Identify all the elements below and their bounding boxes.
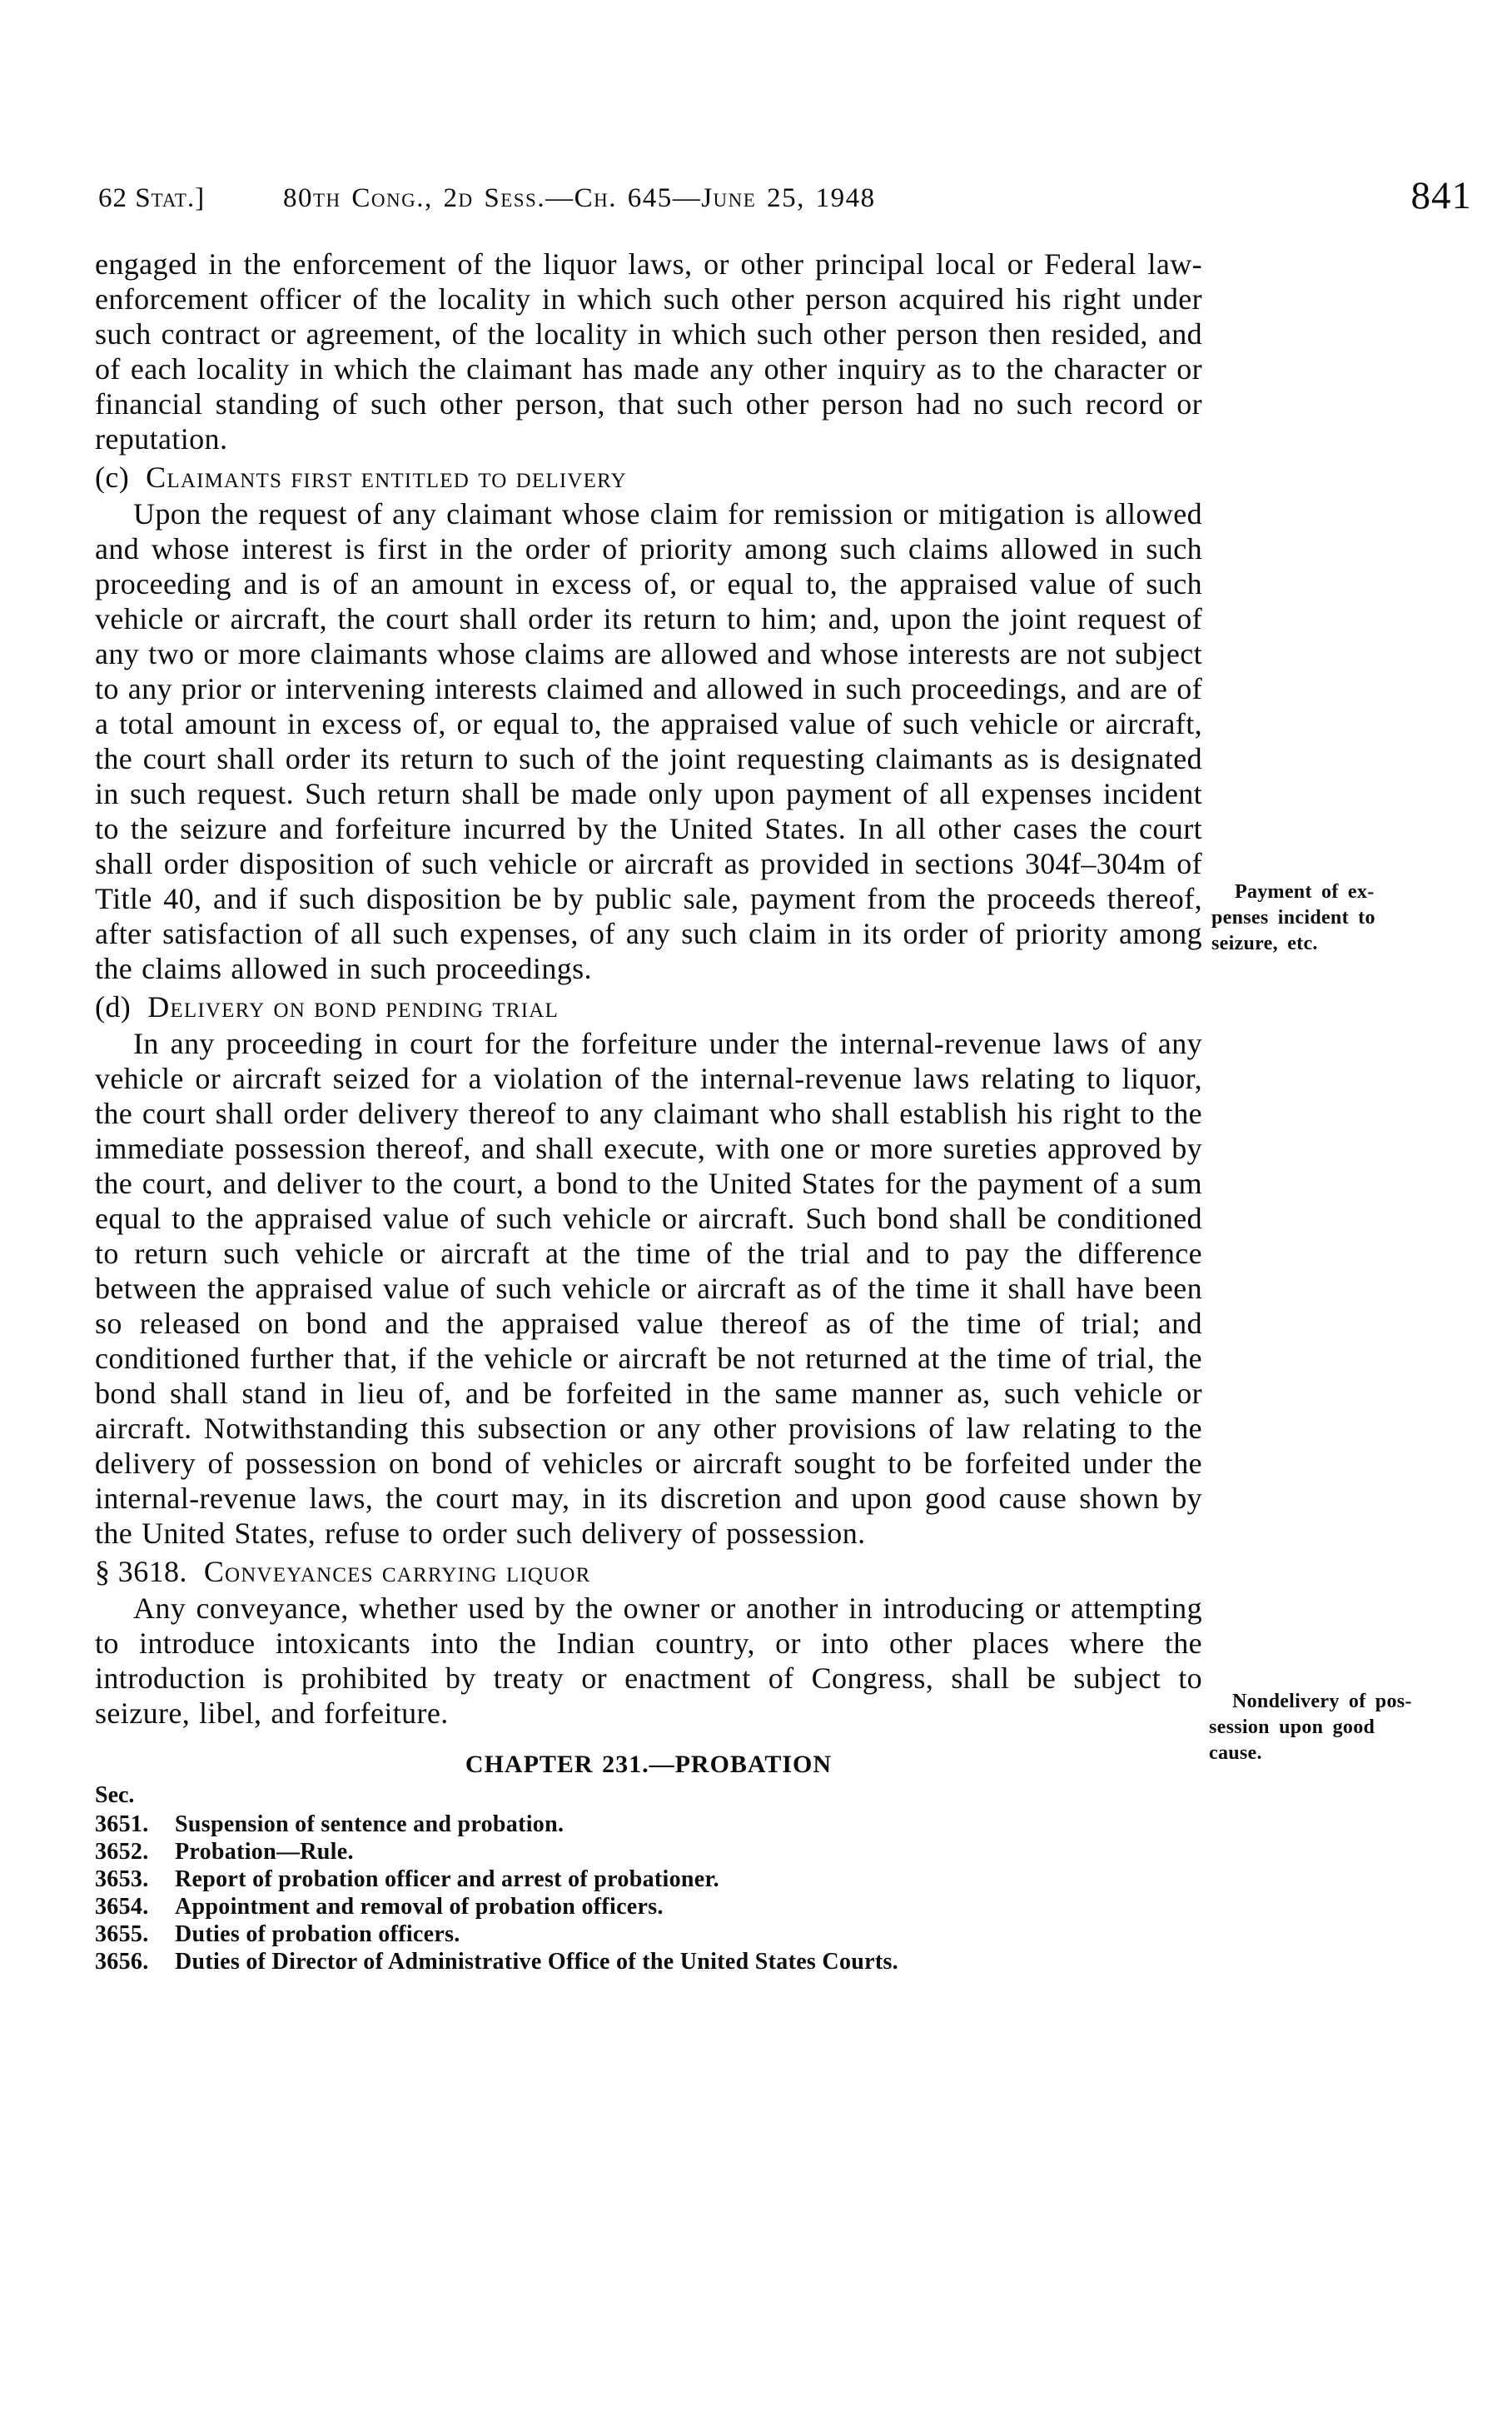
toc-item-title: Suspension of sentence and probation. [175,1811,564,1837]
section-3618-title: Conveyances carrying liquor [204,1555,591,1588]
section-c-heading: (c)Claimants first entitled to delivery [95,460,1202,495]
toc-item-number: 3651. [95,1811,175,1838]
session-title: 80th Cong., 2d Sess.—Ch. 645—June 25, 19… [283,183,876,214]
toc-item-title: Appointment and removal of probation off… [175,1894,664,1920]
continuation-paragraph: engaged in the enforcement of the liquor… [95,247,1202,456]
toc-item-number: 3653. [95,1866,175,1893]
sec-label: Sec. [95,1782,1202,1809]
toc-item: 3653.Report of probation officer and arr… [95,1866,1202,1893]
margin-note-payment: Payment of ex- penses incident to seizur… [1211,879,1466,957]
toc-item-number: 3652. [95,1838,175,1866]
running-header: 62 Stat.] 80th Cong., 2d Sess.—Ch. 645—J… [0,178,1512,228]
section-d-title: Delivery on bond pending trial [147,990,559,1024]
page-number: 841 [1411,173,1473,218]
toc-item: 3654.Appointment and removal of probatio… [95,1893,1202,1920]
statute-page: 62 Stat.] 80th Cong., 2d Sess.—Ch. 645—J… [0,0,1512,2421]
chapter-heading: CHAPTER 231.—PROBATION [95,1751,1202,1779]
section-c-title: Claimants first entitled to delivery [146,461,627,494]
section-3618-body: Any conveyance, whether used by the owne… [95,1591,1202,1731]
toc-item-number: 3656. [95,1948,175,1975]
toc-item-number: 3654. [95,1893,175,1920]
toc-item: 3656.Duties of Director of Administrativ… [95,1948,1202,1975]
volume-stamp: 62 Stat.] [98,183,205,214]
section-d-heading: (d)Delivery on bond pending trial [95,989,1202,1024]
section-3618-heading: § 3618.Conveyances carrying liquor [95,1554,1202,1589]
toc-item: 3655.Duties of probation officers. [95,1920,1202,1948]
toc-item: 3652.Probation—Rule. [95,1838,1202,1866]
toc-item-number: 3655. [95,1920,175,1948]
toc-item-title: Duties of Director of Administrative Off… [175,1949,898,1975]
section-3618-label: § 3618. [95,1555,187,1588]
section-c-body: Upon the request of any claimant whose c… [95,496,1202,986]
toc-item-title: Duties of probation officers. [175,1921,460,1947]
toc-list: 3651.Suspension of sentence and probatio… [95,1811,1202,1975]
margin-note-nondelivery: Nondelivery of pos- session upon good ca… [1209,1689,1467,1766]
toc-item: 3651.Suspension of sentence and probatio… [95,1811,1202,1838]
section-c-label: (c) [95,461,129,494]
section-d-label: (d) [95,990,131,1024]
text-column: engaged in the enforcement of the liquor… [95,247,1202,1975]
toc-item-title: Probation—Rule. [175,1839,354,1865]
section-d-body: In any proceeding in court for the forfe… [95,1026,1202,1551]
toc-item-title: Report of probation officer and arrest o… [175,1866,719,1892]
